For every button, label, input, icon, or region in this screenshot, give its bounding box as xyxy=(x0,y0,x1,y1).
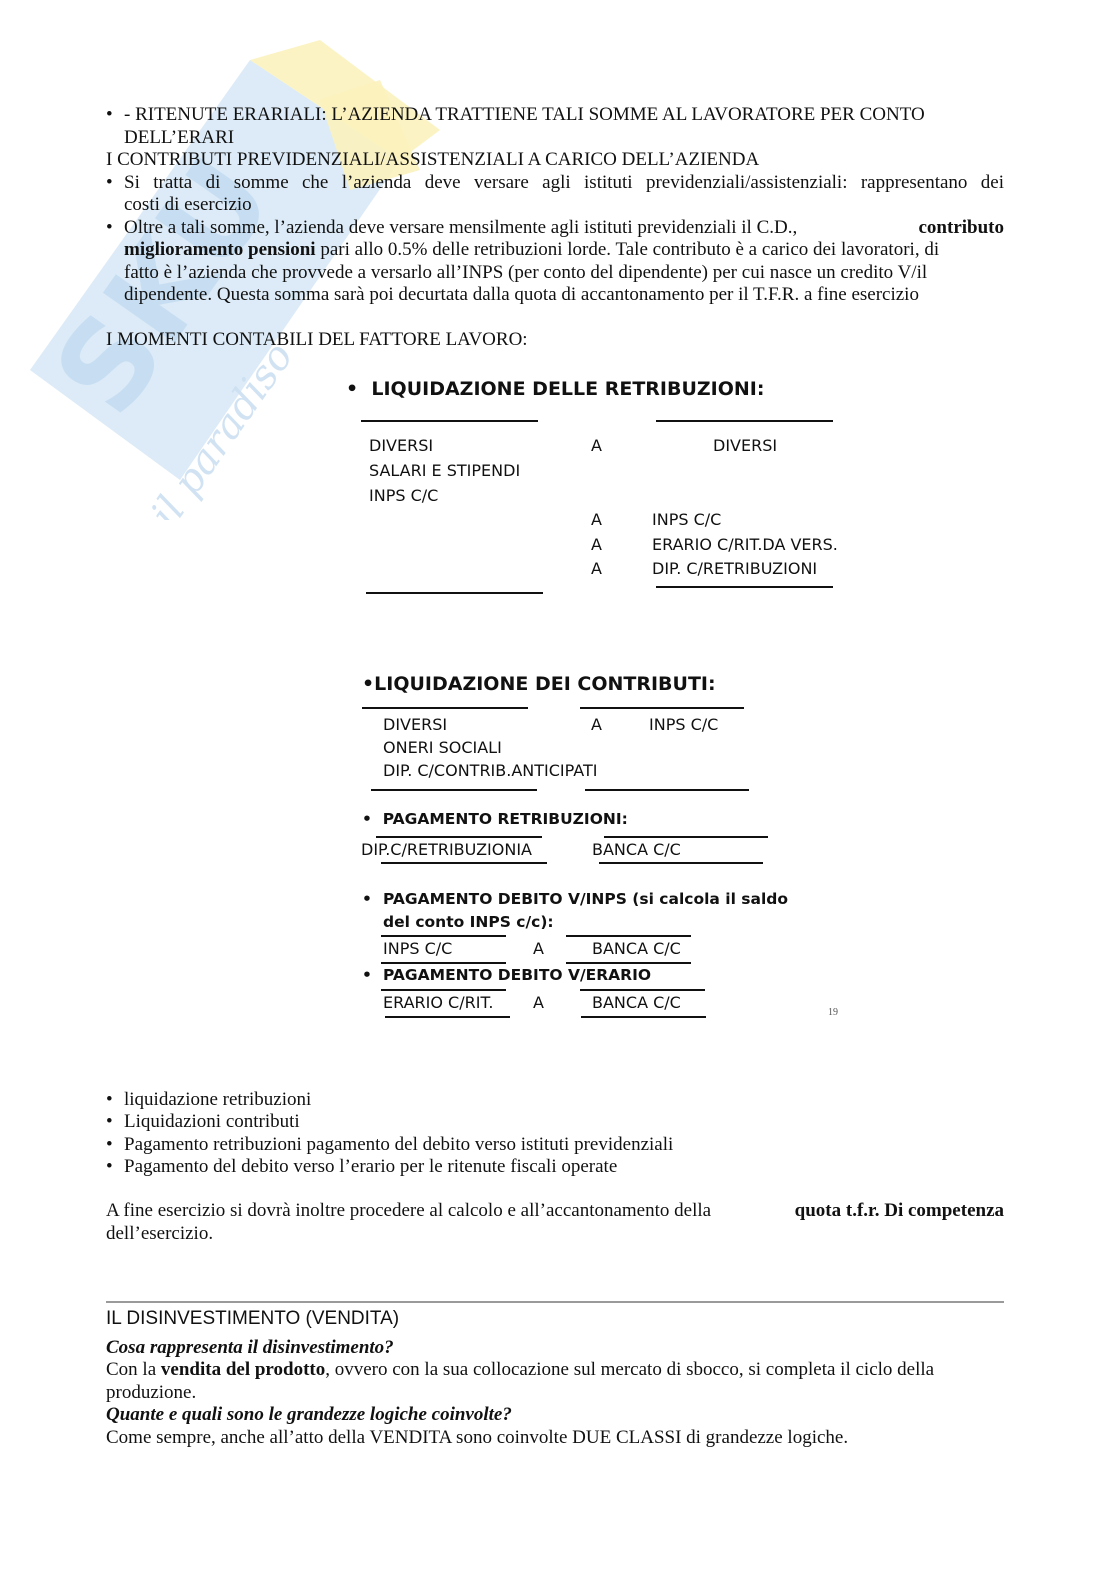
rule xyxy=(656,586,833,588)
rule xyxy=(381,862,547,864)
liq-contr-left-2: DIP. C/CONTRIB.ANTICIPATI xyxy=(383,761,597,780)
liq-contr-right: INPS C/C xyxy=(649,715,718,734)
pag-retr-left: DIP.C/RETRIBUZIONIA xyxy=(361,840,532,859)
contributi-bullet-line1: Si tratta di somme che l’azienda deve ve… xyxy=(124,172,1004,194)
bullet-icon: • xyxy=(106,104,116,127)
pag-inps-title-line1: PAGAMENTO DEBITO V/INPS (si calcola il s… xyxy=(383,890,788,908)
rule xyxy=(381,935,506,937)
pag-erario-right: BANCA C/C xyxy=(592,993,681,1012)
answer-1-line1: Con la vendita del prodotto, ovvero con … xyxy=(106,1359,1004,1382)
liq-retr-a: A xyxy=(591,436,602,455)
closing-line1: A fine esercizio si dovrà inoltre proced… xyxy=(106,1200,1004,1223)
liq-retr-a: A xyxy=(591,559,602,578)
question-1: Cosa rappresenta il disinvestimento? xyxy=(106,1337,394,1360)
contributi-bullet-line2: costi di esercizio xyxy=(124,194,252,217)
bullet-icon: • xyxy=(106,1111,116,1134)
rule xyxy=(599,862,763,864)
miglioramento-line1-text: Oltre a tali somme, l’azienda deve versa… xyxy=(124,217,797,240)
pag-erario-title: PAGAMENTO DEBITO V/ERARIO xyxy=(383,966,651,984)
liq-retr-left-2: INPS C/C xyxy=(369,486,438,505)
summary-item-0: liquidazione retribuzioni xyxy=(124,1089,311,1112)
rule xyxy=(656,420,833,422)
document-page: SKU il paradiso • - RITENUTE ERARIALI: L… xyxy=(0,0,1116,1579)
bullet-icon: • xyxy=(106,1089,116,1112)
bullet-icon: • xyxy=(106,1156,116,1179)
liq-contr-a: A xyxy=(591,715,602,734)
liq-retribuzioni-title: • LIQUIDAZIONE DELLE RETRIBUZIONI: xyxy=(346,378,764,400)
rule xyxy=(385,1016,510,1018)
momenti-heading: I MOMENTI CONTABILI DEL FATTORE LAVORO: xyxy=(106,329,528,352)
pag-inps-title-line2: del conto INPS c/c): xyxy=(383,913,554,931)
rule xyxy=(580,707,744,709)
liq-retr-left-0: DIVERSI xyxy=(369,436,433,455)
ritenute-line1: - RITENUTE ERARIALI: L’AZIENDA TRATTIENE… xyxy=(124,104,1004,127)
rule xyxy=(566,962,691,964)
rule xyxy=(381,989,506,991)
summary-item-3: Pagamento del debito verso l’erario per … xyxy=(124,1156,617,1179)
pag-inps-left: INPS C/C xyxy=(383,939,452,958)
pag-inps-right: BANCA C/C xyxy=(592,939,681,958)
answer-2: Come sempre, anche all’atto della VENDIT… xyxy=(106,1427,848,1450)
liq-contr-left-0: DIVERSI xyxy=(383,715,447,734)
ritenute-line2: DELL’ERARI xyxy=(124,127,234,150)
liq-retr-right-header: DIVERSI xyxy=(713,436,777,455)
liq-contributi-title: •LIQUIDAZIONE DEI CONTRIBUTI: xyxy=(362,673,716,695)
answer-1-bold: vendita del prodotto xyxy=(161,1359,325,1380)
disinvestimento-title: IL DISINVESTIMENTO (VENDITA) xyxy=(106,1308,399,1330)
question-2: Quante e quali sono le grandezze logiche… xyxy=(106,1404,512,1427)
bullet-icon: • xyxy=(362,966,372,984)
miglioramento-line1: Oltre a tali somme, l’azienda deve versa… xyxy=(124,217,1004,240)
miglioramento-line3: fatto è l’azienda che provvede a versarl… xyxy=(124,262,927,285)
bullet-icon: • xyxy=(106,172,116,195)
liq-retr-right-2: DIP. C/RETRIBUZIONI xyxy=(652,559,817,578)
liq-contr-left-1: ONERI SOCIALI xyxy=(383,738,502,757)
bullet-icon: • xyxy=(362,810,383,828)
answer-1-line2: produzione. xyxy=(106,1382,196,1405)
answer-1-rest: , ovvero con la sua collocazione sul mer… xyxy=(325,1359,934,1380)
rule xyxy=(566,935,691,937)
liq-retr-right-0: INPS C/C xyxy=(652,510,721,529)
bullet-icon: • xyxy=(346,378,371,400)
miglioramento-bold: miglioramento pensioni xyxy=(124,239,316,260)
rule xyxy=(361,420,538,422)
bullet-icon: • xyxy=(362,890,372,908)
closing-bold: quota t.f.r. Di competenza xyxy=(795,1200,1004,1223)
rule xyxy=(362,707,528,709)
summary-item-2: Pagamento retribuzioni pagamento del deb… xyxy=(124,1134,673,1157)
closing-line2: dell’esercizio. xyxy=(106,1223,213,1246)
miglioramento-line4: dipendente. Questa somma sarà poi decurt… xyxy=(124,284,919,307)
rule xyxy=(580,989,705,991)
pag-erario-left: ERARIO C/RIT. xyxy=(383,993,493,1012)
rule xyxy=(371,789,537,791)
answer-1-text: Con la xyxy=(106,1359,156,1380)
pag-erario-a: A xyxy=(533,993,544,1012)
rule xyxy=(604,836,768,838)
rule xyxy=(585,789,749,791)
pag-retribuzioni-title: • PAGAMENTO RETRIBUZIONI: xyxy=(362,810,628,828)
contributi-heading: I CONTRIBUTI PREVIDENZIALI/ASSISTENZIALI… xyxy=(106,149,759,172)
rule xyxy=(381,962,506,964)
bullet-icon: • xyxy=(106,1134,116,1157)
rule xyxy=(376,836,542,838)
liq-retr-left-1: SALARI E STIPENDI xyxy=(369,461,520,480)
miglioramento-rest: pari allo 0.5% delle retribuzioni lorde.… xyxy=(316,239,940,260)
pag-inps-a: A xyxy=(533,939,544,958)
pag-retr-right: BANCA C/C xyxy=(592,840,681,859)
liq-retr-a: A xyxy=(591,510,602,529)
summary-item-1: Liquidazioni contributi xyxy=(124,1111,300,1134)
svg-text:il paradiso: il paradiso xyxy=(142,334,302,520)
section-divider xyxy=(106,1301,1004,1303)
rule xyxy=(581,1016,706,1018)
bullet-icon: • xyxy=(106,217,116,240)
slide-page-number: 19 xyxy=(828,1007,838,1018)
miglioramento-line2: miglioramento pensioni pari allo 0.5% de… xyxy=(124,239,939,262)
rule xyxy=(366,592,543,594)
liq-retr-a: A xyxy=(591,535,602,554)
miglioramento-line1-bold: contributo xyxy=(919,217,1005,240)
liq-retr-right-1: ERARIO C/RIT.DA VERS. xyxy=(652,535,838,554)
closing-text: A fine esercizio si dovrà inoltre proced… xyxy=(106,1200,711,1223)
